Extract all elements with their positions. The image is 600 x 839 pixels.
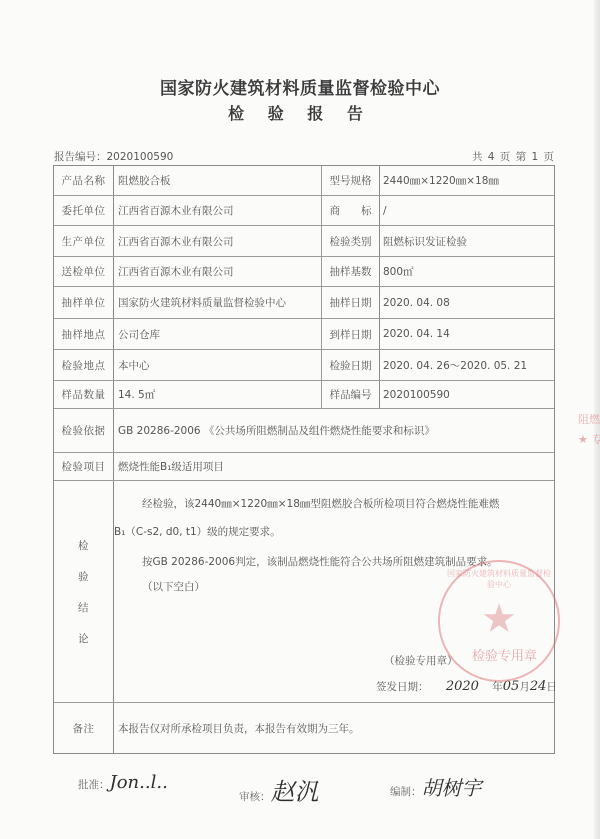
conclusion-line: 经检验，该2440㎜×1220㎜×18㎜型阻燃胶合板所检项目符合燃烧性能难燃 (142, 496, 499, 511)
field-value: 阻燃标识发证检验 (380, 226, 554, 256)
report-number-value: 2020100590 (107, 151, 174, 163)
table-row: 产品名称 阻燃胶合板 型号规格 2440㎜×1220㎜×18㎜ (54, 166, 554, 196)
reviewer-signature: 审核：赵汎 (239, 772, 319, 807)
field-label: 商 标 (322, 196, 380, 225)
field-label: 抽样基数 (322, 257, 380, 286)
test-basis-row: 检验依据 GB 20286-2006 《公共场所阻燃制品及组件燃烧性能要求和标识… (54, 409, 554, 453)
issue-date: 签发日期： 2020 年05月24日 (376, 679, 557, 694)
star-icon: ★ (440, 596, 558, 642)
compiler-signature: 编制：胡树宇 (390, 772, 482, 801)
field-label: 生产单位 (54, 226, 114, 256)
field-value: 2020. 04. 08 (380, 287, 554, 318)
field-label: 抽样日期 (322, 287, 380, 318)
page-info: 共 4 页 第 1 页 (472, 149, 555, 164)
field-value: 江西省百源木业有限公司 (114, 257, 322, 286)
table-row: 抽样地点 公司仓库 到样日期 2020. 04. 14 (54, 319, 554, 350)
field-value: 国家防火建筑材料质量监督检验中心 (114, 287, 322, 318)
field-value: 江西省百源木业有限公司 (114, 226, 322, 256)
conclusion-label-char: 验 (78, 569, 89, 584)
field-label: 委托单位 (54, 196, 114, 225)
conclusion-label-char: 检 (78, 538, 89, 553)
field-value: 公司仓库 (114, 319, 322, 349)
issue-year: 2020 (446, 679, 479, 694)
field-label: 型号规格 (322, 166, 380, 195)
field-label: 到样日期 (322, 319, 380, 349)
issue-date-label: 签发日期： (376, 681, 429, 693)
approve-handwriting: Jon..l.. (110, 772, 168, 793)
issue-day: 24 (530, 679, 547, 694)
compile-handwriting: 胡树宇 (422, 776, 482, 800)
table-row: 抽样单位 国家防火建筑材料质量监督检验中心 抽样日期 2020. 04. 08 (54, 287, 554, 319)
table-row: 委托单位 江西省百源木业有限公司 商 标 / (54, 196, 554, 226)
report-number: 报告编号：2020100590 (54, 149, 173, 164)
document-title: 检 验 报 告 (0, 101, 600, 124)
table-row: 检验地点 本中心 检验日期 2020. 04. 26～2020. 05. 21 (54, 350, 554, 381)
month-suffix: 月 (519, 681, 530, 693)
conclusion-line: 按GB 20286-2006判定，该制品燃烧性能符合公共场所阻燃建筑制品要求。 (142, 554, 498, 569)
field-value: 800㎡ (380, 257, 554, 286)
conclusion-label-char: 论 (78, 631, 89, 646)
field-value: 2440㎜×1220㎜×18㎜ (380, 166, 554, 195)
field-label: 抽样地点 (54, 319, 114, 349)
field-value: 阻燃胶合板 (114, 166, 322, 195)
approver-signature: 批准：Jon..l.. (78, 772, 168, 793)
test-items-label: 检验项目 (54, 453, 114, 480)
field-label: 送检单位 (54, 257, 114, 286)
test-items-row: 检验项目 燃烧性能B₁级适用项目 (54, 453, 554, 481)
field-value: 江西省百源木业有限公司 (114, 196, 322, 225)
approve-label: 批准： (78, 779, 110, 791)
field-label: 检验地点 (54, 350, 114, 380)
test-items-value: 燃烧性能B₁级适用项目 (114, 453, 554, 480)
table-row: 样品数量 14. 5㎡ 样品编号 2020100590 (54, 381, 554, 409)
field-label: 样品数量 (54, 381, 114, 408)
conclusion-line: B₁（C-s2, d0, t1）级的规定要求。 (114, 524, 281, 539)
organization-title: 国家防火建筑材料质量监督检验中心 (0, 74, 600, 99)
table-row: 送检单位 江西省百源木业有限公司 抽样基数 800㎡ (54, 257, 554, 287)
stamp-note: （检验专用章） (384, 653, 458, 668)
year-suffix: 年 (492, 681, 503, 693)
review-label: 审核： (239, 791, 271, 803)
field-value: 14. 5㎡ (114, 381, 322, 408)
compile-label: 编制： (390, 786, 422, 798)
test-basis-label: 检验依据 (54, 409, 114, 452)
conclusion-label: 检 验 结 论 (54, 481, 114, 702)
day-suffix: 日 (546, 681, 557, 693)
field-value: / (380, 196, 554, 225)
field-value: 2020. 04. 14 (380, 319, 554, 349)
field-label: 抽样单位 (54, 287, 114, 318)
field-value: 本中心 (114, 350, 322, 380)
field-label: 产品名称 (54, 166, 114, 195)
field-label: 检验类别 (322, 226, 380, 256)
conclusion-line: （以下空白） (142, 579, 205, 594)
remarks-row: 备注 本报告仅对所承检项目负责，本报告有效期为三年。 (54, 703, 554, 753)
remarks-value: 本报告仅对所承检项目负责，本报告有效期为三年。 (114, 703, 554, 753)
field-label: 检验日期 (322, 350, 380, 380)
seal-label: 检验专用章 (472, 645, 537, 664)
field-value: 2020100590 (380, 381, 554, 408)
remarks-label: 备注 (54, 703, 114, 753)
table-row: 生产单位 江西省百源木业有限公司 检验类别 阻燃标识发证检验 (54, 226, 554, 257)
field-value: 2020. 04. 26～2020. 05. 21 (380, 350, 554, 380)
test-basis-value: GB 20286-2006 《公共场所阻燃制品及组件燃烧性能要求和标识》 (114, 409, 554, 452)
review-handwriting: 赵汎 (271, 778, 319, 806)
edge-seal-stamp: 阻燃 ★ 专 (578, 410, 600, 520)
conclusion-label-char: 结 (78, 600, 89, 615)
report-number-label: 报告编号： (54, 151, 107, 163)
field-label: 样品编号 (322, 381, 380, 408)
seal-ring-text: 国家防火建筑材料质量监督检验中心 (446, 568, 552, 590)
